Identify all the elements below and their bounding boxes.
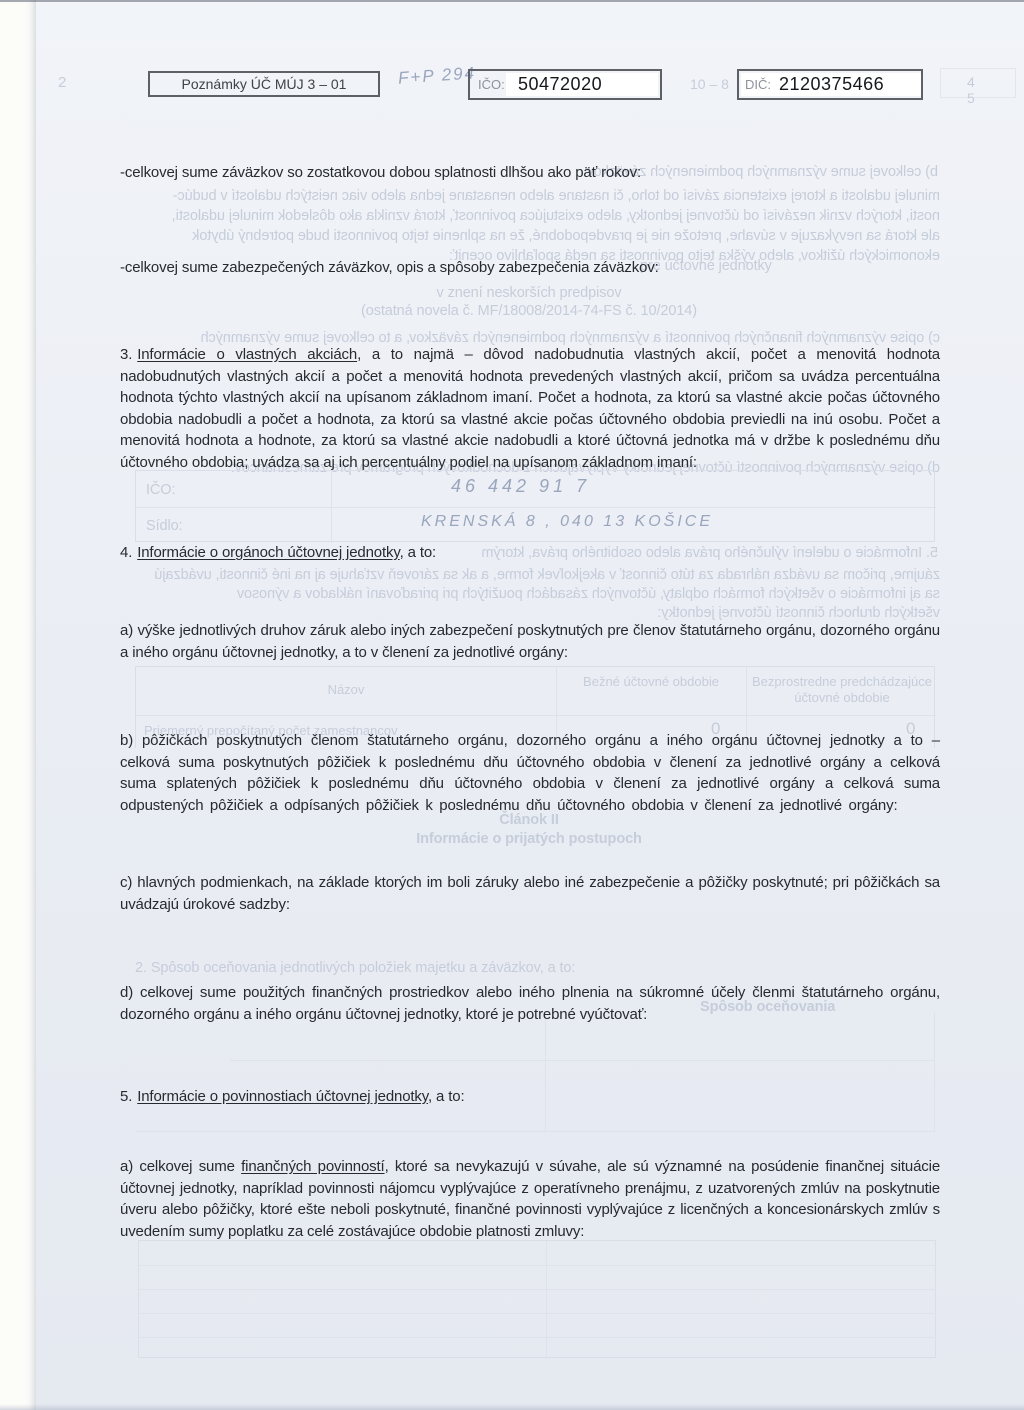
bleed-paragraph-line: nosti, ktorých vznik nezávisí od účtovne… <box>118 206 940 226</box>
item-4b-paragraph: b) pôžičkách poskytnutých členom štatutá… <box>120 730 940 816</box>
bleed-ico-label: IČO: <box>146 480 175 500</box>
item-4c-paragraph: c) hlavných podmienkach, na základe ktor… <box>120 872 940 915</box>
section-3-title: Informácie o vlastných akciách <box>137 346 357 363</box>
section-3-paragraph: 3.Informácie o vlastných akciách, a to n… <box>120 344 940 473</box>
bleed-handwriting-top: F+P 294 <box>397 63 476 88</box>
form-code-box: Poznámky ÚČ MÚJ 3 – 01 <box>148 71 380 97</box>
bleed-mark-right: 4 5 <box>967 74 1015 106</box>
ico-value: 50472020 <box>518 74 602 95</box>
section-5-suffix: , a to: <box>428 1088 464 1105</box>
bleed-empty-table-rowline <box>139 1289 937 1290</box>
item-4d-paragraph: d) celkovej sume použitých finančných pr… <box>120 982 940 1025</box>
dic-value-field: DIČ: 2120375466 <box>741 73 921 96</box>
bleed-after-4-line-3: sa aj informácie o všetkých formách odpl… <box>118 584 940 604</box>
section-4-suffix: , a to: <box>400 544 436 561</box>
item-5a-paragraph: a) celkovej sume finančných povinností, … <box>120 1156 940 1242</box>
ico-box: IČO: 50472020 <box>468 69 662 100</box>
bleed-paragraph-line: ale ktorá sa nevykazuje v súvahe, pretož… <box>118 226 940 246</box>
dic-label: DIČ: <box>745 77 771 92</box>
bleed-center-line-1: v znení neskorších predpisov <box>120 283 938 303</box>
bleed-table-rowline <box>136 507 936 508</box>
bleed-table-header-rowline <box>136 715 936 716</box>
bleed-table-c-hline-1 <box>230 1060 935 1061</box>
item-4a-paragraph: a) výške jednotlivých druhov záruk alebo… <box>120 620 940 663</box>
bleed-line-sposob-ocenovania-2: 2. Spôsob oceňovania jednotlivých položi… <box>135 958 775 978</box>
section-5-number: 5. <box>120 1088 132 1105</box>
bleed-sidlo-label: Sídlo: <box>146 516 182 536</box>
section-4-heading: 4.Informácie o orgánoch účtovnej jednotk… <box>120 542 720 564</box>
ico-value-field: 50472020 <box>506 73 658 96</box>
bleed-mark-left: 2 <box>58 74 66 91</box>
bleed-header-predchadzajuce-obdobie: Bezprostredne predchádzajúce účtovné obd… <box>751 674 933 706</box>
scan-bottom-edge <box>0 1404 1024 1410</box>
scan-top-edge <box>0 0 1024 2</box>
section-5-heading: 5.Informácie o povinnostiach účtovnej je… <box>120 1086 720 1108</box>
list-item-debt-over-five-years: -celkovej sume záväzkov so zostatkovou d… <box>120 162 740 184</box>
bleed-table-c-vline <box>545 1012 546 1132</box>
bleed-empty-table-divider <box>546 1241 547 1359</box>
section-4-title: Informácie o orgánoch účtovnej jednotky <box>137 544 399 561</box>
bleed-paragraph-line: minulej udalosti a ktorej existencia záv… <box>118 186 940 206</box>
bleed-sidlo-handwritten-value: KRENSKÁ 8 , 040 13 KOŠICE <box>421 513 713 531</box>
ico-label: IČO: <box>478 77 505 92</box>
bleed-paragraph-contingent-liabilities: minulej udalosti a ktorej existencia záv… <box>118 186 940 266</box>
bleed-mark-mid: 10 – 8 <box>690 76 729 92</box>
bleed-table-ico-sidlo: IČO: 46 442 91 7 Sídlo: KRENSKÁ 8 , 040 … <box>135 470 935 542</box>
bleed-center-line-2: (ostatná novela č. MF/18008/2014-74-FS č… <box>120 301 938 321</box>
bleed-header-bezne-obdobie: Bežné účtovné obdobie <box>561 674 741 690</box>
bleed-empty-table-rowline <box>139 1337 937 1338</box>
item-5a-prefix: a) celkovej sume <box>120 1158 241 1175</box>
bleed-table-c-hline-2 <box>135 1131 935 1132</box>
bleed-empty-table-rowline <box>139 1313 937 1314</box>
bleed-table-c-vline-right <box>934 1012 935 1132</box>
bleed-stamp-box: 4 5 <box>940 68 1016 98</box>
bleed-clanok-subheading: Informácie o prijatých postupoch <box>120 829 938 849</box>
bleed-after-4-line-2: záujme, pričom sa uvádza náhrada za túto… <box>118 565 940 585</box>
bleed-header-nazov: Názov <box>136 682 556 697</box>
section-5-title: Informácie o povinnostiach účtovnej jedn… <box>137 1088 428 1105</box>
bleed-empty-table-rowline <box>139 1265 937 1266</box>
scanned-document-page: 2 Poznámky ÚČ MÚJ 3 – 01 F+P 294 IČO: 50… <box>0 0 1024 1410</box>
item-5a-underlined-term: finančných povinností <box>241 1158 384 1175</box>
dic-box: DIČ: 2120375466 <box>737 69 923 100</box>
section-4-number: 4. <box>120 544 132 561</box>
section-3-number: 3. <box>120 346 132 363</box>
scan-left-margin <box>0 0 36 1410</box>
bleed-empty-table <box>138 1240 936 1358</box>
section-3-text: , a to najmä – dôvod nadobudnutia vlastn… <box>120 346 940 471</box>
dic-value: 2120375466 <box>779 74 884 95</box>
form-code-label: Poznámky ÚČ MÚJ 3 – 01 <box>182 76 347 92</box>
list-item-secured-liabilities: -celkovej sume zabezpečených záväzkov, o… <box>120 257 740 279</box>
bleed-ico-handwritten-value: 46 442 91 7 <box>451 476 590 497</box>
